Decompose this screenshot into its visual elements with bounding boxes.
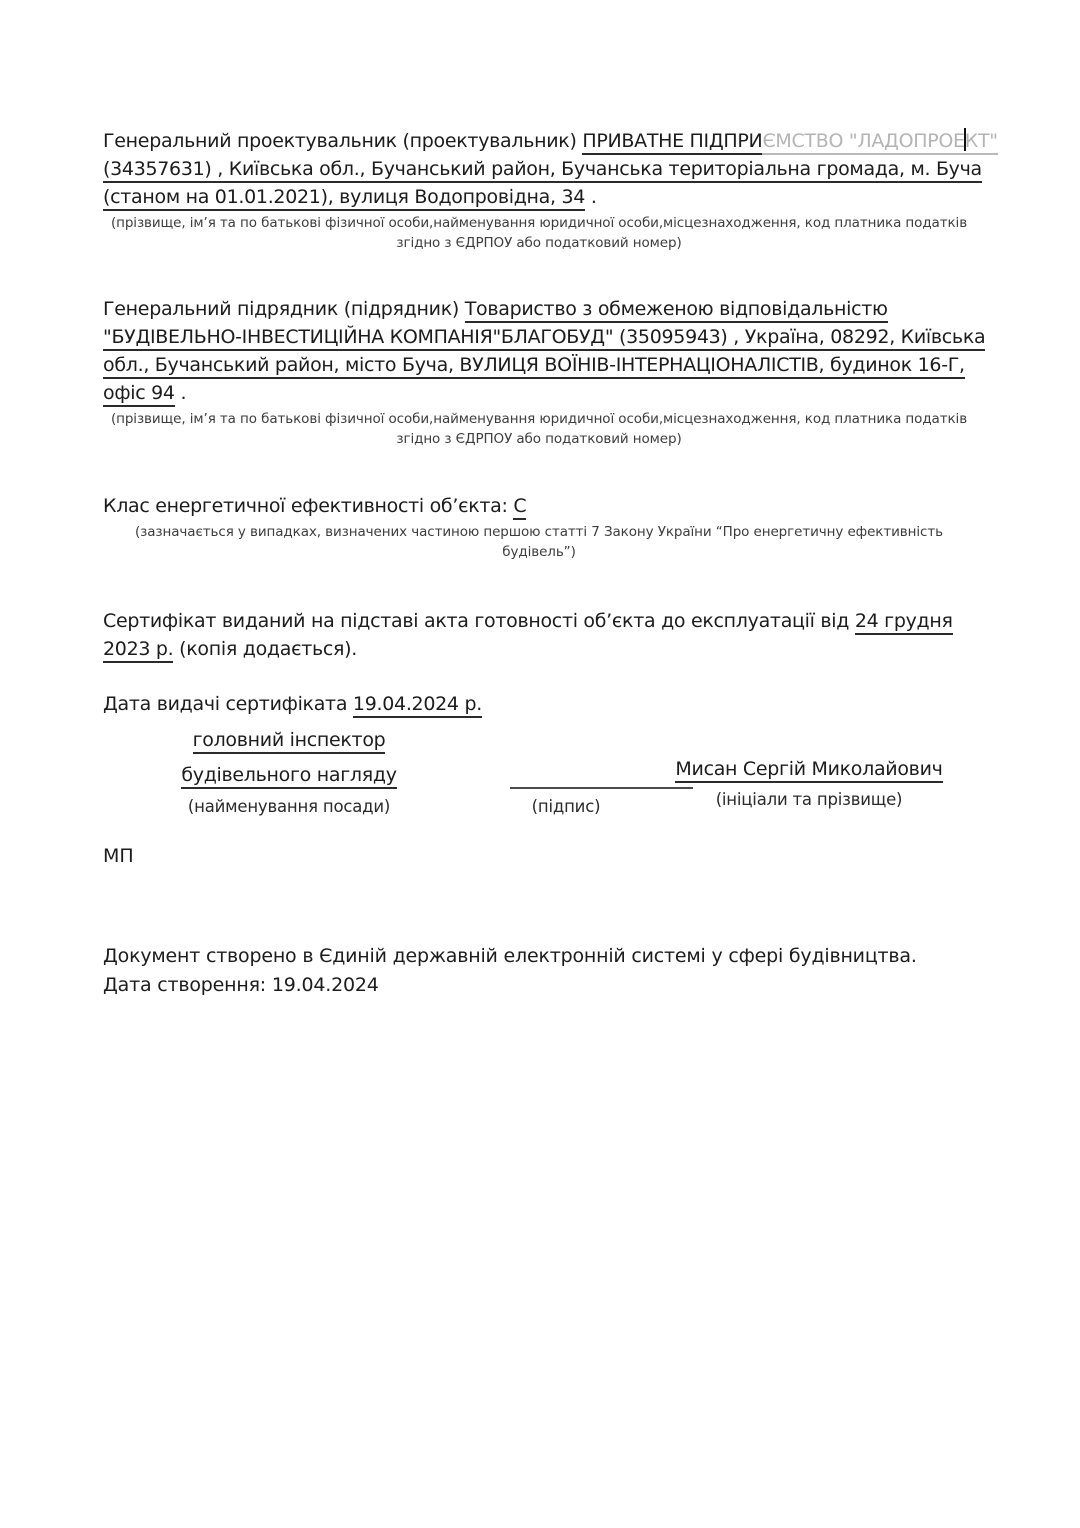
signature-position-column: головний інспектор будівельного нагляду … xyxy=(153,726,425,819)
designer-value-tail: . xyxy=(585,186,596,208)
certificate-document-page: Генеральний проектувальник (проектувальн… xyxy=(0,0,1080,1528)
energy-class-label: Клас енергетичної ефективності об’єкта: xyxy=(103,495,513,517)
footer-section: Документ створено в Єдиній державній еле… xyxy=(103,942,975,1000)
issue-date-label: Дата видачі сертифіката xyxy=(103,693,353,715)
certificate-basis-line-1: Сертифікат виданий на підставі акта гото… xyxy=(103,607,975,635)
contractor-value-line-3: обл., Бучанський район, місто Буча, ВУЛИ… xyxy=(103,354,965,379)
designer-value-ghost-a: ЄМСТВО "ЛАДОПРОЕ xyxy=(762,130,964,155)
designer-label: Генеральний проектувальник (проектувальн… xyxy=(103,130,582,152)
designer-section: Генеральний проектувальник (проектувальн… xyxy=(103,127,975,253)
contractor-value-line-1: Товариство з обмеженою відповідальністю xyxy=(465,298,888,323)
energy-class-value: С xyxy=(513,495,526,520)
designer-value-line-3: (станом на 01.01.2021), вулиця Водопрові… xyxy=(103,186,585,211)
energy-class-hint: (зазначається у випадках, визначених час… xyxy=(103,522,975,562)
energy-class-line: Клас енергетичної ефективності об’єкта: … xyxy=(103,492,975,520)
certificate-basis-value-1: 24 грудня xyxy=(855,610,953,635)
issue-date-line: Дата видачі сертифіката 19.04.2024 р. xyxy=(103,690,975,718)
energy-class-section: Клас енергетичної ефективності об’єкта: … xyxy=(103,492,975,562)
designer-value-line-2: (34357631) , Київська обл., Бучанський р… xyxy=(103,158,982,183)
contractor-hint: (прізвище, ім’я та по батькові фізичної … xyxy=(103,409,975,449)
contractor-label: Генеральний підрядник (підрядник) xyxy=(103,298,465,320)
signatory-name-text: Мисан Сергій Миколайович xyxy=(675,758,942,783)
designer-value-ghost-b: КТ" xyxy=(965,130,998,155)
contractor-value-tail: . xyxy=(175,382,186,404)
certificate-basis-line-2: 2023 р. (копія додається). xyxy=(103,635,975,663)
position-line-1: головний інспектор xyxy=(153,726,425,754)
signature-caption: (підпис) xyxy=(510,795,622,819)
contractor-line-2: "БУДІВЕЛЬНО-ІНВЕСТИЦІЙНА КОМПАНІЯ"БЛАГОБ… xyxy=(103,323,975,351)
document-content: Генеральний проектувальник (проектувальн… xyxy=(103,0,975,1000)
signature-block: головний інспектор будівельного нагляду … xyxy=(103,726,975,826)
contractor-line-1: Генеральний підрядник (підрядник) Товари… xyxy=(103,295,975,323)
certificate-basis-label: Сертифікат виданий на підставі акта гото… xyxy=(103,610,855,632)
designer-hint: (прізвище, ім’я та по батькові фізичної … xyxy=(103,213,975,253)
certificate-basis-value-2: 2023 р. xyxy=(103,638,173,663)
contractor-value-line-2: "БУДІВЕЛЬНО-ІНВЕСТИЦІЙНА КОМПАНІЯ"БЛАГОБ… xyxy=(103,326,985,351)
footer-line-1: Документ створено в Єдиній державній еле… xyxy=(103,942,975,971)
position-title-1: головний інспектор xyxy=(193,729,386,754)
signatory-name: Мисан Сергій Миколайович xyxy=(652,755,966,783)
issue-date-value: 19.04.2024 р. xyxy=(353,693,482,718)
designer-line-1: Генеральний проектувальник (проектувальн… xyxy=(103,127,975,155)
position-line-2: будівельного нагляду xyxy=(153,761,425,789)
contractor-section: Генеральний підрядник (підрядник) Товари… xyxy=(103,295,975,449)
contractor-value-line-4: офіс 94 xyxy=(103,382,175,407)
footer-line-2: Дата створення: 19.04.2024 xyxy=(103,971,975,1000)
contractor-line-4: офіс 94 . xyxy=(103,379,975,407)
stamp-mark: МП xyxy=(103,842,975,870)
certificate-basis-tail: (копія додається). xyxy=(173,638,357,660)
designer-line-3: (станом на 01.01.2021), вулиця Водопрові… xyxy=(103,183,975,211)
certificate-basis-section: Сертифікат виданий на підставі акта гото… xyxy=(103,607,975,663)
issue-date-section: Дата видачі сертифіката 19.04.2024 р. xyxy=(103,690,975,718)
designer-line-2: (34357631) , Київська обл., Бучанський р… xyxy=(103,155,975,183)
designer-value-black: ПРИВАТНЕ ПІДПРИ xyxy=(582,130,762,155)
signatory-name-caption: (ініціали та прізвище) xyxy=(652,788,966,812)
position-title-2: будівельного нагляду xyxy=(181,764,396,789)
contractor-line-3: обл., Бучанський район, місто Буча, ВУЛИ… xyxy=(103,351,975,379)
position-caption: (найменування посади) xyxy=(153,795,425,819)
